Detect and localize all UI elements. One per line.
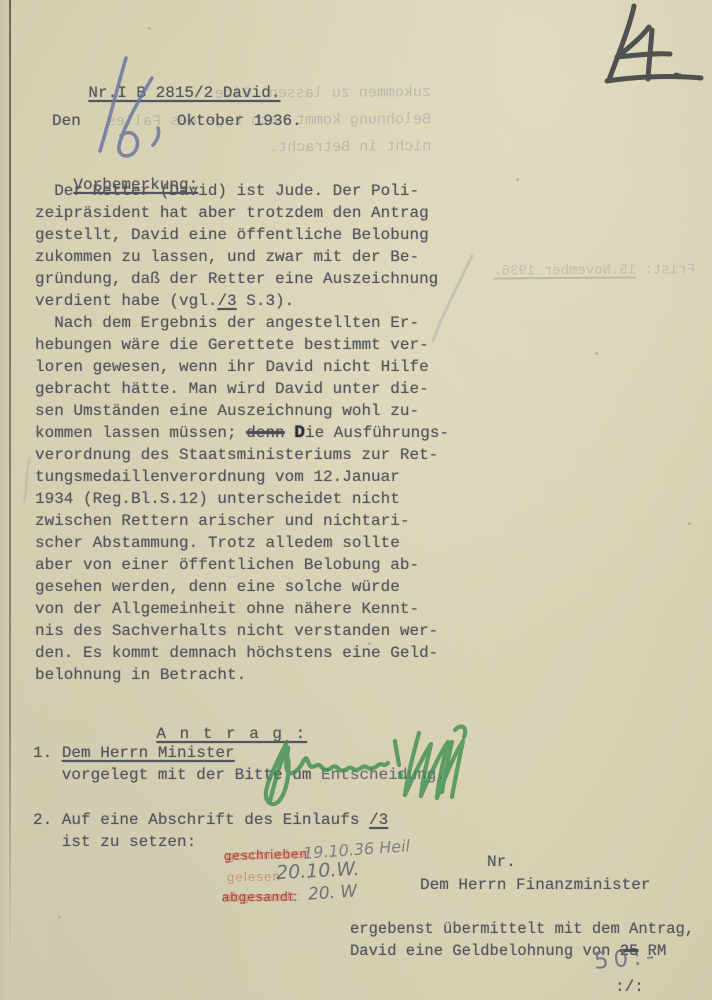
- date-line: Den Oktober 1936.: [52, 110, 302, 132]
- text-line: gesehen werden, denn eine solche würde: [35, 576, 449, 598]
- text-line: nicht in Betracht.: [183, 133, 431, 162]
- text-line: Frist: 15.November 1936.: [437, 257, 695, 286]
- text-line: gestellt, David eine öffentliche Belobun…: [35, 224, 449, 246]
- text-line: loren gewesen, wenn ihr David nicht Hilf…: [35, 356, 449, 378]
- text-line: hebungen wäre die Gerettete bestimmt ver…: [35, 334, 449, 356]
- paper-speck: [516, 178, 519, 181]
- text-line: gebracht hätte. Man wird David unter die…: [35, 378, 449, 400]
- text-line: verordnung des Staatsministeriums zur Re…: [35, 444, 449, 466]
- handwritten-amount: 50:-: [593, 943, 660, 975]
- text-line: kommen lassen müssen; denn Die Ausführun…: [35, 422, 449, 444]
- pencil-note-gelesen: 20.10.W.: [275, 858, 360, 884]
- text-line: Nach dem Ergebnis der angestellten Er-: [35, 312, 449, 334]
- text-line: verdient habe (vgl./3 S.3).: [35, 290, 449, 312]
- stamp-abgesandt: abgesandt:: [222, 889, 298, 905]
- handwritten-page-number-icon: [607, 6, 701, 81]
- text-line: ergebenst übermittelt mit dem Antrag,: [350, 918, 694, 940]
- text-line: Der Retter (David) ist Jude. Der Poli-: [35, 180, 449, 202]
- text-line: zeipräsident hat aber trotzdem den Antra…: [35, 202, 449, 224]
- text-line: scher Abstammung. Trotz alledem sollte: [35, 532, 449, 554]
- text-line: 1934 (Reg.Bl.S.12) unterscheidet nicht: [35, 488, 449, 510]
- text-line: nis des Sachverhalts nicht verstanden we…: [35, 620, 449, 642]
- text-line: von der Allgemeinheit ohne nähere Kennt-: [35, 598, 449, 620]
- pencil-note-abgesandt: 20. W: [307, 881, 358, 904]
- text-line: sen Umständen eine Auszeichnung wohl zu-: [35, 400, 449, 422]
- paper-speck: [688, 522, 691, 525]
- text-line: gründung, daß der Retter eine Auszeichnu…: [35, 268, 449, 290]
- text-line: 2. Auf eine Abschrift des Einlaufs /3: [33, 809, 388, 831]
- paper-speck: [58, 916, 61, 919]
- text-line: zukommen zu lassen, und zwar mit der Be-: [35, 246, 449, 268]
- recipient-line: Dem Herrn Finanzminister: [420, 874, 650, 896]
- text-line: tungsmedaillenverordnung vom 12.Januar: [35, 466, 449, 488]
- end-mark: :/:: [615, 976, 644, 998]
- text-line: den. Es kommt demnach höchstens eine Gel…: [35, 642, 449, 664]
- text-line: belohnung in Betracht.: [35, 664, 449, 686]
- text-line: zwischen Rettern arischer und nichtari-: [35, 510, 449, 532]
- text-line: vorgelegt mit der Bitte um Entscheidung.: [33, 764, 446, 786]
- nr-label: Nr.: [487, 851, 516, 873]
- paper-speck: [595, 352, 598, 355]
- text-line: 1. Dem Herrn Minister: [33, 742, 446, 764]
- antrag-item-1: 1. Dem Herrn Minister vorgelegt mit der …: [33, 742, 446, 786]
- stamp-gelesen: gelesen: [227, 869, 281, 885]
- scan-edge-strip: [0, 0, 9, 1000]
- text-line: aber von einer öffentlichen Belobung ab-: [35, 554, 449, 576]
- paper-speck: [148, 27, 151, 30]
- bleedthrough-date-line: Frist: 15.November 1936.: [437, 257, 695, 286]
- reference-number: Nr.I B 2815/2 David.: [88, 84, 280, 102]
- document-page: zukommen zu lassen. EineBelohnung kommt …: [0, 0, 712, 1000]
- vorbemerkung-body: Der Retter (David) ist Jude. Der Poli-ze…: [35, 180, 449, 686]
- page-fold-line: [9, 0, 11, 1000]
